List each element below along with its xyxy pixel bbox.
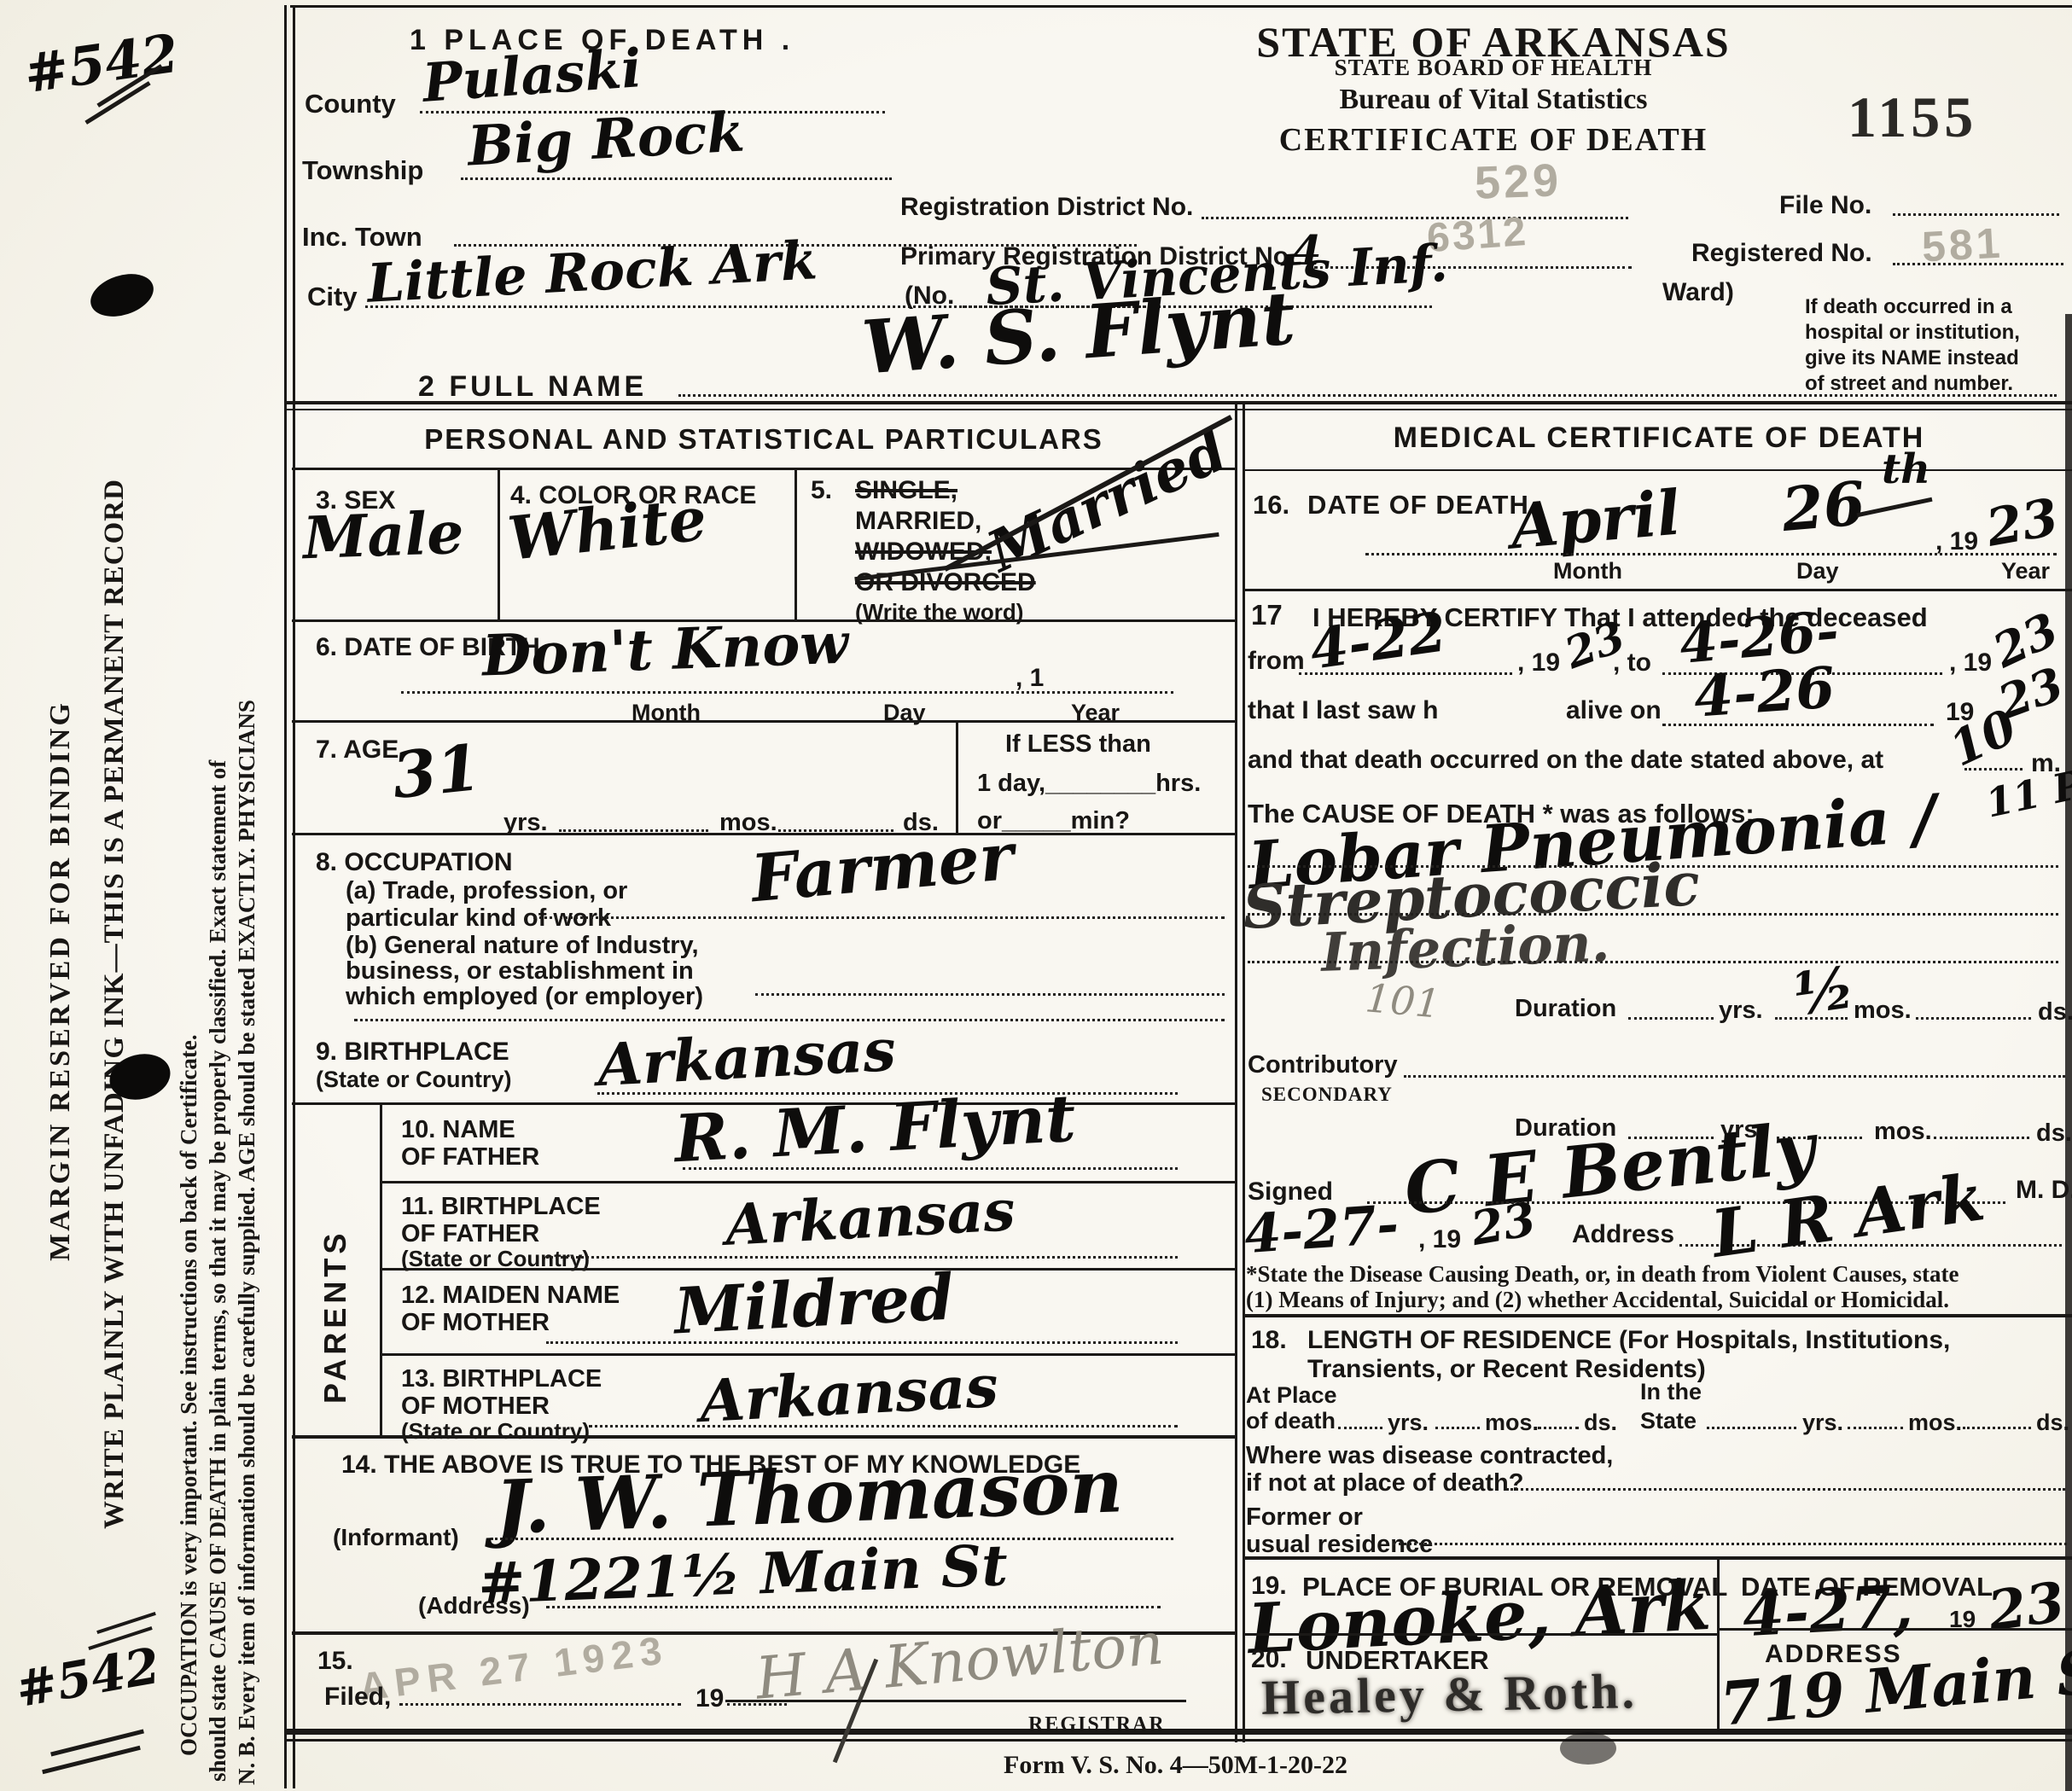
bottom-smudge: [1560, 1732, 1616, 1765]
death-hour-line: [1964, 768, 2023, 770]
occupation-a-line1: (a) Trade, profession, or: [346, 877, 627, 905]
duration2-ds-label: ds.: [2036, 1119, 2072, 1148]
res-line4: [1707, 1427, 1796, 1429]
mother-bp-label-l2: OF MOTHER: [401, 1393, 550, 1421]
age-label: 7. AGE: [316, 736, 399, 765]
mother-name-value: Mildred: [672, 1260, 956, 1348]
res-mos1: mos.: [1485, 1410, 1539, 1436]
father-name-label-l2: OF FATHER: [401, 1143, 539, 1172]
marital-hint: (Write the word): [855, 599, 1023, 625]
registered-no-stamp: 581: [1921, 218, 2005, 272]
cause-footnote-line1: *State the Disease Causing Death, or, in…: [1246, 1261, 1959, 1288]
dod-number: 16.: [1253, 490, 1289, 520]
dod-bottom-line: [1245, 589, 2072, 591]
county-label: County: [305, 89, 396, 119]
certificate-number: 1155: [1848, 84, 1977, 151]
certificate-title: CERTIFICATE OF DEATH: [1237, 121, 1749, 159]
informant-label: (Informant): [333, 1524, 459, 1551]
marital-option-single: SINGLE,: [855, 476, 957, 505]
dod-label: DATE OF DEATH: [1307, 490, 1529, 520]
duration2-mos-label: mos.: [1874, 1118, 1932, 1146]
top-edge-line: [290, 5, 2072, 8]
grid-vline-race-marital: [794, 468, 797, 619]
reg-district-label: Registration District No.: [900, 193, 1193, 222]
last-saw-label: that I last saw h: [1248, 696, 1438, 725]
res-line3: [1538, 1427, 1579, 1429]
full-name-line: [678, 394, 2057, 397]
res-line6: [1963, 1427, 2031, 1429]
res-line2: [1435, 1427, 1480, 1429]
personal-title: PERSONAL AND STATISTICAL PARTICULARS: [358, 423, 1169, 456]
duration2-line3: [1934, 1137, 2029, 1139]
signed-date-value: 4-27-: [1243, 1193, 1401, 1265]
dod-year-label: Year: [2001, 558, 2050, 584]
cause-rule2: [1248, 913, 2058, 916]
parents-row12-line: [380, 1353, 1235, 1356]
margin-nb-line2: should state CAUSE OF DEATH in plain ter…: [205, 88, 231, 1782]
father-bp-label-l1: 11. BIRTHPLACE: [401, 1193, 601, 1221]
physician-address-label: Address: [1572, 1220, 1674, 1249]
to-label: , to: [1613, 648, 1651, 677]
form-number: Form V. S. No. 4—50M-1-20-22: [1004, 1751, 1347, 1780]
father-bp-line: [546, 1256, 1178, 1259]
parents-box-bottom: [292, 1435, 1235, 1439]
duration-mos-label: mos.: [1854, 997, 1912, 1025]
res-line1: [1338, 1427, 1382, 1429]
removal-year-value: 23: [1984, 1570, 2069, 1644]
dod-line: [1365, 553, 2057, 555]
age-value: 31: [389, 731, 484, 813]
mother-bp-value: Arkansas: [698, 1352, 1000, 1436]
occupation-b-line2: business, or establishment in: [346, 957, 694, 986]
dod-day-label: Day: [1796, 558, 1839, 584]
margin-number-top: #542: [20, 22, 183, 106]
township-line: [461, 177, 892, 180]
reg-district-line: [1202, 217, 1628, 219]
age-yrs-line: [559, 829, 708, 832]
age-less-line2: 1 day,________hrs.: [977, 770, 1201, 798]
cause-footnote-line2: (1) Means of Injury; and (2) whether Acc…: [1246, 1287, 1949, 1313]
dob-suffix: , 1: [1016, 664, 1044, 693]
center-divider-inner: [1243, 401, 1245, 1742]
res-ds1: ds.: [1584, 1410, 1617, 1436]
undertaker-stamp: Healey & Roth.: [1260, 1662, 1638, 1726]
burial-grid-top: [1245, 1556, 2072, 1560]
margin-number-bottom: #542: [11, 1637, 164, 1718]
hospital-note-line3: give its NAME instead: [1805, 346, 2019, 370]
birthplace-label: 9. BIRTHPLACE: [316, 1038, 509, 1067]
last-saw-value: 4-26: [1691, 654, 1836, 730]
dod-year-prefix: , 19: [1935, 527, 1978, 556]
duration-label: Duration: [1515, 995, 1616, 1023]
mother-bp-hint: (State or Country): [401, 1418, 590, 1445]
dod-day-value: 26: [1779, 468, 1868, 545]
bottom-rule-thin: [284, 1739, 2072, 1742]
occupation-b-line1: (b) General nature of Industry,: [346, 932, 699, 960]
dod-year-value: 23: [1982, 487, 2063, 558]
birthplace-hint: (State or Country): [316, 1067, 512, 1093]
filed-date-stamp: APR 27 1923: [357, 1626, 671, 1710]
file-no-line: [1893, 213, 2059, 216]
of-death-label: of death: [1246, 1408, 1336, 1434]
occupation-b-line: [755, 993, 1225, 996]
mother-name-label-l1: 12. MAIDEN NAME: [401, 1282, 620, 1310]
margin-binding-note: MARGIN RESERVED FOR BINDING: [44, 544, 77, 1261]
medical-title-line: [1245, 469, 2072, 471]
right-scan-edge: [2065, 314, 2072, 1791]
parents-row10-line: [380, 1181, 1235, 1183]
res-ds2: ds.: [2036, 1410, 2069, 1436]
filed-number: 15.: [317, 1647, 353, 1676]
cause-rule3: [1248, 961, 2058, 963]
city-value: Little Rock Ark: [365, 229, 818, 315]
ink-blot-upper: [85, 266, 159, 323]
left-border-inner: [293, 5, 295, 1788]
from-line: [1299, 672, 1512, 675]
occupation-a-line: [533, 916, 1225, 919]
contributory-label: Contributory: [1248, 1051, 1398, 1079]
cause-pencil-note: 101: [1364, 974, 1442, 1026]
dod-month-value: April: [1508, 475, 1683, 562]
dod-month-label: Month: [1553, 558, 1622, 584]
city-label: City: [307, 282, 358, 312]
hospital-note-line2: hospital or institution,: [1805, 321, 2020, 345]
age-subbox-vline: [956, 720, 958, 833]
dob-line: [401, 691, 1173, 694]
file-no-label: File No.: [1779, 191, 1871, 220]
duration-line3: [1916, 1017, 2031, 1020]
res-mos2: mos.: [1908, 1410, 1962, 1436]
father-name-label-l1: 10. NAME: [401, 1116, 515, 1144]
to-year-prefix: , 19: [1949, 648, 1992, 677]
dob-value: Don't Know: [481, 610, 850, 689]
at-place-label: At Place: [1246, 1382, 1337, 1409]
registered-no-label: Registered No.: [1691, 239, 1872, 268]
hospital-note-line4: of street and number.: [1805, 372, 2013, 396]
state-label: State: [1640, 1408, 1697, 1434]
former-label-l1: Former or: [1246, 1503, 1363, 1532]
informant-address-line: [546, 1606, 1161, 1608]
former-line: [1393, 1543, 2067, 1545]
filed-line: [399, 1703, 681, 1706]
inc-town-label: Inc. Town: [302, 222, 422, 253]
section-rule-top2: [284, 409, 2072, 410]
margin-nb-line1: N. B. Every item of information should b…: [234, 91, 260, 1785]
medical-title: MEDICAL CERTIFICATE OF DEATH: [1246, 422, 2072, 455]
contracted-line: [1506, 1488, 2065, 1491]
township-value: Big Rock: [466, 101, 746, 179]
father-bp-label-l2: OF FATHER: [401, 1220, 539, 1248]
death-certificate-scan: #542 MARGIN RESERVED FOR BINDING WRITE P…: [0, 0, 2072, 1791]
filed-year-prefix: 19: [696, 1684, 724, 1713]
mother-bp-line: [589, 1425, 1178, 1428]
contributory-line: [1404, 1075, 2065, 1078]
duration-value: ½: [1790, 953, 1859, 1029]
signed-year-value: 23: [1467, 1191, 1539, 1256]
township-label: Township: [302, 155, 423, 186]
left-border-outer: [284, 5, 287, 1788]
alive-on-label: alive on: [1566, 696, 1662, 725]
grid-line-row7-bottom: [292, 833, 1235, 835]
sex-value: Male: [302, 499, 465, 573]
residence-top-line: [1245, 1314, 2072, 1317]
birthplace-value: Arkansas: [596, 1016, 898, 1100]
board-title: STATE BOARD OF HEALTH: [1237, 55, 1749, 81]
center-divider-outer: [1235, 401, 1237, 1742]
father-bp-value: Arkansas: [724, 1177, 1016, 1259]
mother-name-line: [546, 1341, 1178, 1344]
filed-label: Filed,: [324, 1683, 391, 1712]
margin-nb-line3: OCCUPATION is very important. See instru…: [176, 62, 202, 1756]
bureau-title: Bureau of Vital Statistics: [1237, 84, 1749, 116]
ward-label: Ward): [1662, 278, 1734, 307]
residence-label-l1: LENGTH OF RESIDENCE (For Hospitals, Inst…: [1307, 1326, 1950, 1355]
reg-district-stamp: 529: [1474, 154, 1563, 210]
burial-left-line: [1245, 1633, 1717, 1636]
res-yrs2: yrs.: [1802, 1410, 1843, 1436]
cause-line3-value: Infection.: [1320, 911, 1610, 984]
grid-vline-sex-race: [498, 468, 500, 619]
mother-bp-label-l1: 13. BIRTHPLACE: [401, 1365, 602, 1393]
occupation-b-line3: which employed (or employer): [346, 983, 703, 1011]
res-line5: [1848, 1427, 1903, 1429]
marital-number: 5.: [811, 476, 832, 505]
last-saw-line: [1662, 724, 1934, 726]
registrar-label: REGISTRAR: [1028, 1713, 1166, 1736]
removal-date-value: 4-27,: [1741, 1571, 1915, 1650]
full-name-label: 2 FULL NAME: [418, 370, 647, 404]
occupation-label: 8. OCCUPATION: [316, 848, 513, 877]
registrar-line: [725, 1700, 1186, 1702]
age-less-line1: If LESS than: [1005, 730, 1151, 759]
duration-line1: [1628, 1017, 1714, 1020]
marital-option-married: MARRIED,: [855, 507, 981, 536]
from-year-prefix: , 19: [1517, 648, 1560, 677]
grid-line-row6-bottom: [292, 720, 1235, 723]
dod-day-suffix-underline: [1856, 497, 1932, 518]
from-label: from: [1248, 647, 1305, 676]
duration-ds-label: ds.: [2038, 998, 2072, 1026]
secondary-label: SECONDARY: [1261, 1084, 1393, 1106]
residence-number: 18.: [1251, 1326, 1287, 1355]
contracted-label-l2: if not at place of death?: [1246, 1469, 1523, 1497]
registrar-signature: H A Knowlton: [753, 1610, 1166, 1712]
signed-year-prefix: , 19: [1418, 1225, 1461, 1254]
in-the-label: In the: [1640, 1379, 1702, 1405]
parents-label: PARENTS: [317, 1122, 353, 1404]
res-yrs1: yrs.: [1388, 1410, 1429, 1436]
margin-write-plainly-note: WRITE PLAINLY WITH UNFADING INK—THIS IS …: [99, 343, 131, 1529]
removal-line: [1720, 1628, 2072, 1631]
md-label: M. D.: [2016, 1176, 2072, 1205]
hospital-note-line1: If death occurred in a: [1805, 295, 2012, 319]
father-name-line: [683, 1167, 1178, 1170]
death-occurred-label: and that death occurred on the date stat…: [1248, 746, 1883, 775]
dod-day-suffix: th: [1882, 445, 1930, 493]
mother-name-label-l2: OF MOTHER: [401, 1309, 550, 1337]
section-rule-top1: [284, 401, 2072, 404]
contracted-label-l1: Where was disease contracted,: [1246, 1442, 1613, 1470]
duration-yrs-label: yrs.: [1719, 997, 1763, 1025]
certify-number: 17: [1251, 599, 1283, 631]
